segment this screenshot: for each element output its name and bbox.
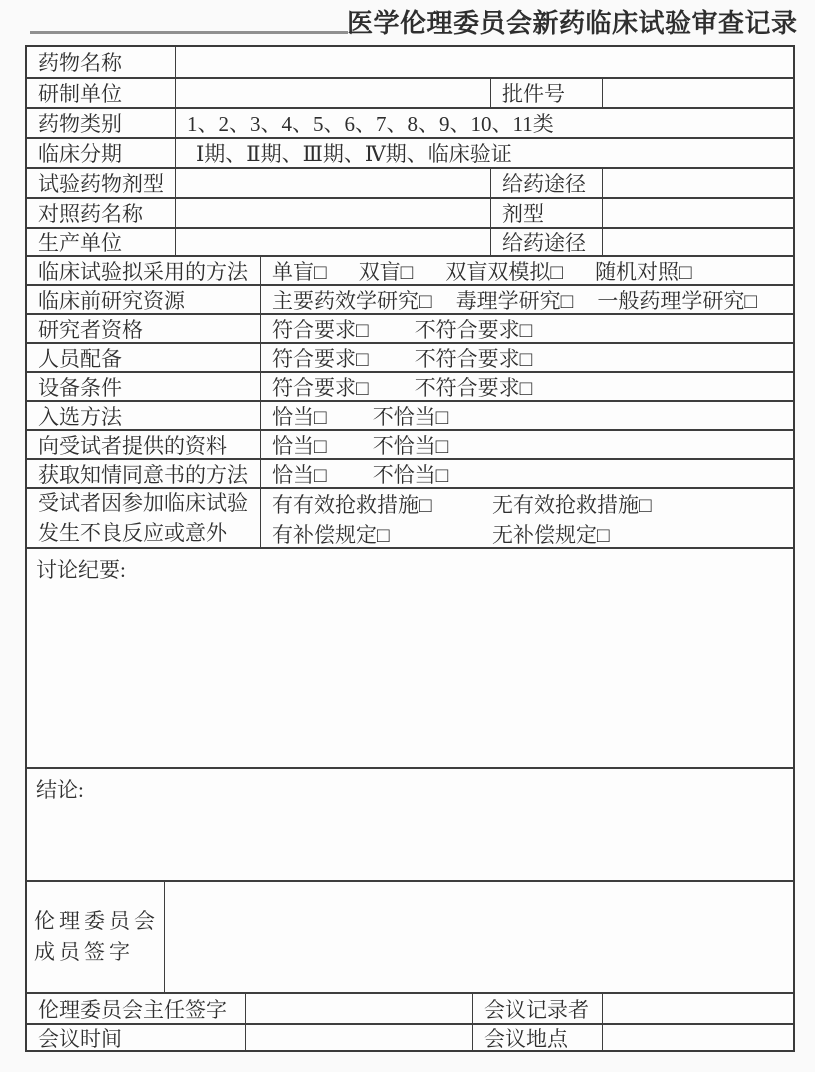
option-item: 不符合要求□ [415,373,533,400]
row-label: 临床试验拟采用的方法 [27,257,260,284]
materials-options: 恰当□不恰当□ [260,431,793,458]
page-title: 医学伦理委员会新药临床试验审查记录 [347,3,798,40]
dosage-form-value-cell [602,199,793,227]
adverse-options-cell: 有有效抢救措施□ 无有效抢救措施□ 有补偿规定□ 无补偿规定□ [260,489,793,547]
table-row-staffing: 人员配备 符合要求□不符合要求□ [27,342,793,371]
option-item: 不恰当□ [373,402,449,429]
table-row-director-signature: 伦理委员会主任签字 会议记录者 [27,992,793,1023]
table-row-drug-name: 药物名称 [27,47,793,77]
table-row-dev-unit: 研制单位 批件号 [27,77,793,107]
discussion-label: 讨论纪要: [36,554,126,584]
trial-dosage-value-cell [175,169,490,197]
member-signatures-cell [164,882,793,992]
option-item: 双盲双模拟□ [445,257,563,284]
row-label: 设备条件 [27,373,260,400]
option-item: 不恰当□ [373,460,449,487]
drug-category-value: 1、2、3、4、5、6、7、8、9、10、11类 [175,109,793,137]
option-item: 双盲□ [359,257,414,284]
title-blank-underline [30,31,348,34]
staffing-options: 符合要求□不符合要求□ [260,344,793,371]
option-item: 随机对照□ [595,257,692,284]
member-sign-label-line2: 成员签字 [34,937,134,968]
table-row-control-drug: 对照药名称 剂型 [27,197,793,227]
row-sublabel: 会议记录者 [472,994,602,1023]
discussion-area: 讨论纪要: [27,549,793,767]
option-item: 毒理学研究□ [456,286,574,313]
conclusion-label: 结论: [36,774,84,804]
recorder-value-cell [602,994,793,1023]
row-label: 生产单位 [27,229,175,255]
table-row-meeting: 会议时间 会议地点 [27,1023,793,1050]
table-row-selection: 入选方法 恰当□不恰当□ [27,400,793,429]
row-label: 向受试者提供的资料 [27,431,260,458]
row-sublabel: 给药途径 [490,169,602,197]
row-label: 获取知情同意书的方法 [27,460,260,487]
table-row-preclinical: 临床前研究资源 主要药效学研究□毒理学研究□一般药理学研究□ [27,284,793,313]
row-label: 药物名称 [27,47,175,77]
table-row-drug-category: 药物类别 1、2、3、4、5、6、7、8、9、10、11类 [27,107,793,137]
producer-value-cell [175,229,490,255]
option-item: 符合要求□ [272,315,369,342]
adverse-line-compensation: 有补偿规定□ 无补偿规定□ [272,520,782,547]
drug-name-value-cell [175,47,793,77]
option-item: 符合要求□ [272,344,369,371]
consent-options: 恰当□不恰当□ [260,460,793,487]
adverse-label-line2: 发生不良反应或意外 [38,518,227,547]
row-sublabel: 批件号 [490,79,602,107]
conclusion-area: 结论: [27,769,793,880]
row-label: 临床分期 [27,139,175,167]
option-item: 恰当□ [272,402,327,429]
adverse-label-line1: 受试者因参加临床试验 [38,489,248,518]
table-row-trial-dosage: 试验药物剂型 给药途径 [27,167,793,197]
approval-no-value-cell [602,79,793,107]
row-sublabel: 给药途径 [490,229,602,255]
table-row-producer: 生产单位 给药途径 [27,227,793,255]
method-options: 单盲□双盲□双盲双模拟□随机对照□ [260,257,793,284]
row-sublabel: 会议地点 [472,1025,602,1050]
option-item: 不恰当□ [373,431,449,458]
compensation-no-option: 无补偿规定□ [492,520,782,547]
dev-unit-value-cell [175,79,490,107]
member-sign-label-line1: 伦理委员会 [34,906,159,937]
row-label: 研究者资格 [27,315,260,342]
row-sublabel: 剂型 [490,199,602,227]
table-row-member-signatures: 伦理委员会 成员签字 [27,880,793,992]
row-label: 试验药物剂型 [27,169,175,197]
option-item: 符合要求□ [272,373,369,400]
table-row-consent: 获取知情同意书的方法 恰当□不恰当□ [27,458,793,487]
option-item: 不符合要求□ [415,344,533,371]
adverse-line-rescue: 有有效抢救措施□ 无有效抢救措施□ [272,490,782,520]
table-row-investigator: 研究者资格 符合要求□不符合要求□ [27,313,793,342]
option-item: 一般药理学研究□ [597,286,757,313]
row-label: 伦理委员会 成员签字 [27,882,164,992]
row-label: 人员配备 [27,344,260,371]
preclinical-options: 主要药效学研究□毒理学研究□一般药理学研究□ [260,286,793,313]
scanned-form-page: 医学伦理委员会新药临床试验审查记录 药物名称 研制单位 批件号 药物类别 1、2… [0,0,815,1072]
review-record-table: 药物名称 研制单位 批件号 药物类别 1、2、3、4、5、6、7、8、9、10、… [25,45,795,1052]
admin-route-value-cell [602,169,793,197]
option-item: 恰当□ [272,460,327,487]
rescue-no-option: 无有效抢救措施□ [492,490,782,520]
admin-route2-value-cell [602,229,793,255]
rescue-yes-option: 有有效抢救措施□ [272,490,492,520]
row-label: 受试者因参加临床试验 发生不良反应或意外 [27,489,260,547]
table-row-clinical-phase: 临床分期 Ⅰ期、Ⅱ期、Ⅲ期、Ⅳ期、临床验证 [27,137,793,167]
table-row-discussion: 讨论纪要: [27,547,793,767]
option-item: 恰当□ [272,431,327,458]
table-row-equipment: 设备条件 符合要求□不符合要求□ [27,371,793,400]
selection-options: 恰当□不恰当□ [260,402,793,429]
option-item: 单盲□ [272,257,327,284]
table-row-method: 临床试验拟采用的方法 单盲□双盲□双盲双模拟□随机对照□ [27,255,793,284]
row-label: 会议时间 [27,1025,245,1050]
row-label: 研制单位 [27,79,175,107]
option-item: 主要药效学研究□ [272,286,432,313]
clinical-phase-value: Ⅰ期、Ⅱ期、Ⅲ期、Ⅳ期、临床验证 [175,139,793,167]
table-row-materials: 向受试者提供的资料 恰当□不恰当□ [27,429,793,458]
meeting-time-value-cell [245,1025,472,1050]
row-label: 临床前研究资源 [27,286,260,313]
option-item: 不符合要求□ [415,315,533,342]
row-label: 对照药名称 [27,199,175,227]
equipment-options: 符合要求□不符合要求□ [260,373,793,400]
compensation-yes-option: 有补偿规定□ [272,520,492,547]
investigator-options: 符合要求□不符合要求□ [260,315,793,342]
row-label: 伦理委员会主任签字 [27,994,245,1023]
meeting-place-value-cell [602,1025,793,1050]
director-signature-cell [245,994,472,1023]
table-row-conclusion: 结论: [27,767,793,880]
row-label: 药物类别 [27,109,175,137]
table-row-adverse: 受试者因参加临床试验 发生不良反应或意外 有有效抢救措施□ 无有效抢救措施□ 有… [27,487,793,547]
row-label: 入选方法 [27,402,260,429]
control-drug-value-cell [175,199,490,227]
